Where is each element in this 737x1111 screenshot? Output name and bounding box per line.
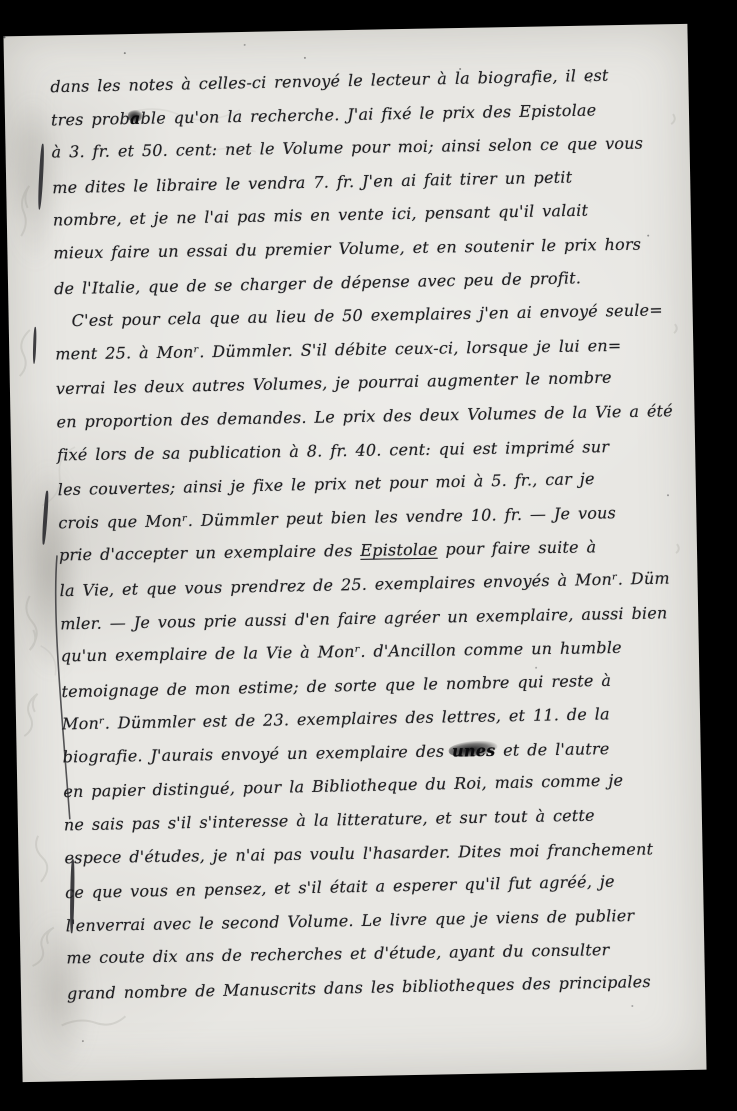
ink-blot-word: a — [130, 108, 141, 127]
line-text: biografie. J'aurais envoyé un exemplaire… — [63, 741, 453, 766]
underlined-word: Epistolae — [360, 540, 438, 560]
letter-page: dans les notes à celles-ci renvoyé le le… — [3, 24, 706, 1082]
paper-dust-specks — [3, 36, 5, 38]
line-text: ble qu'on la recherche. J'ai fixé le pri… — [140, 100, 596, 127]
margin-pen-mark — [37, 144, 44, 210]
letter-text: dans les notes à celles-ci renvoyé le le… — [50, 58, 687, 1010]
margin-pen-mark — [41, 491, 48, 545]
line-text: et de l'autre — [495, 739, 609, 760]
ink-blot-word: unes — [452, 741, 496, 761]
line-text: pour faire suite à — [437, 538, 596, 559]
line-text: tres prob — [51, 109, 130, 129]
scan-stage: dans les notes à celles-ci renvoyé le le… — [0, 0, 737, 1111]
scan-background: { "letter": { "lines": [ "dans les notes… — [0, 0, 737, 1111]
margin-pen-mark — [33, 327, 37, 364]
line-text: prie d'accepter un exemplaire des — [59, 541, 361, 565]
